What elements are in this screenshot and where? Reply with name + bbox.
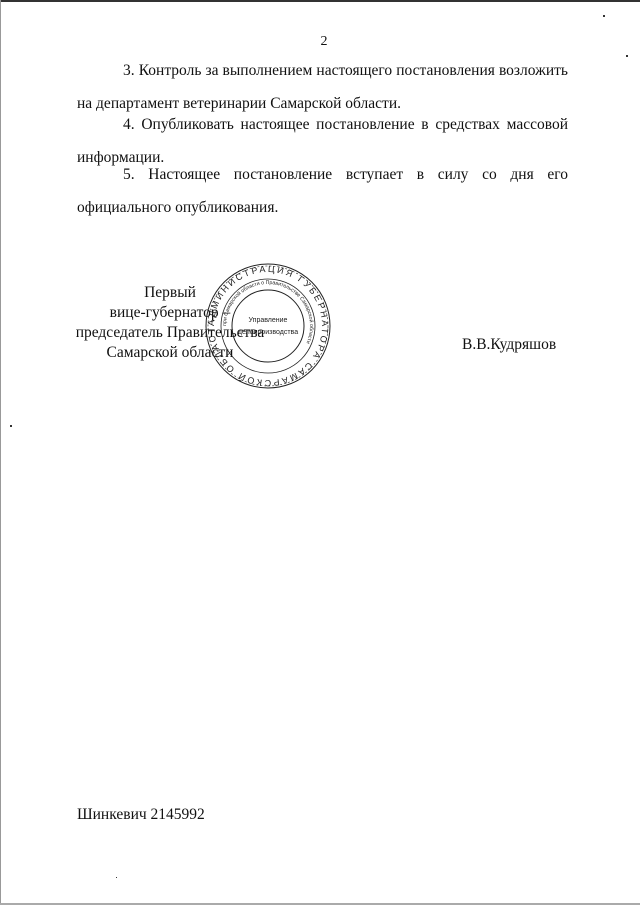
paragraph-5: 5. Настоящее постановление вступает в си… [77,158,568,224]
paragraph-3-first-line: 3. Контроль за выполнением настоящего по… [77,54,568,87]
signatory-position-line: Самарской области [70,343,270,363]
paragraph-4-first-line: 4. Опубликовать настоящее постановление … [77,108,568,141]
paragraph-5-first-line: 5. Настоящее постановление вступает в си… [77,158,568,191]
signatory-position: Первый вице-губернатор – председатель Пр… [70,283,270,363]
signatory-name: В.В.Кудряшов [462,336,556,354]
page-number: 2 [0,34,640,50]
paragraph-5-rest: официального опубликования. [77,191,568,224]
signatory-position-line: председатель Правительства [70,323,270,343]
signatory-position-line: вице-губернатор – [70,303,270,323]
scan-speck [10,425,12,427]
signatory-position-line: Первый [70,283,270,303]
scan-speck [603,15,605,17]
page-left-edge [0,0,1,905]
page-top-edge [0,0,640,2]
executor-contact: Шинкевич 2145992 [77,806,205,824]
scan-speck [116,877,117,878]
scan-speck [626,55,628,57]
